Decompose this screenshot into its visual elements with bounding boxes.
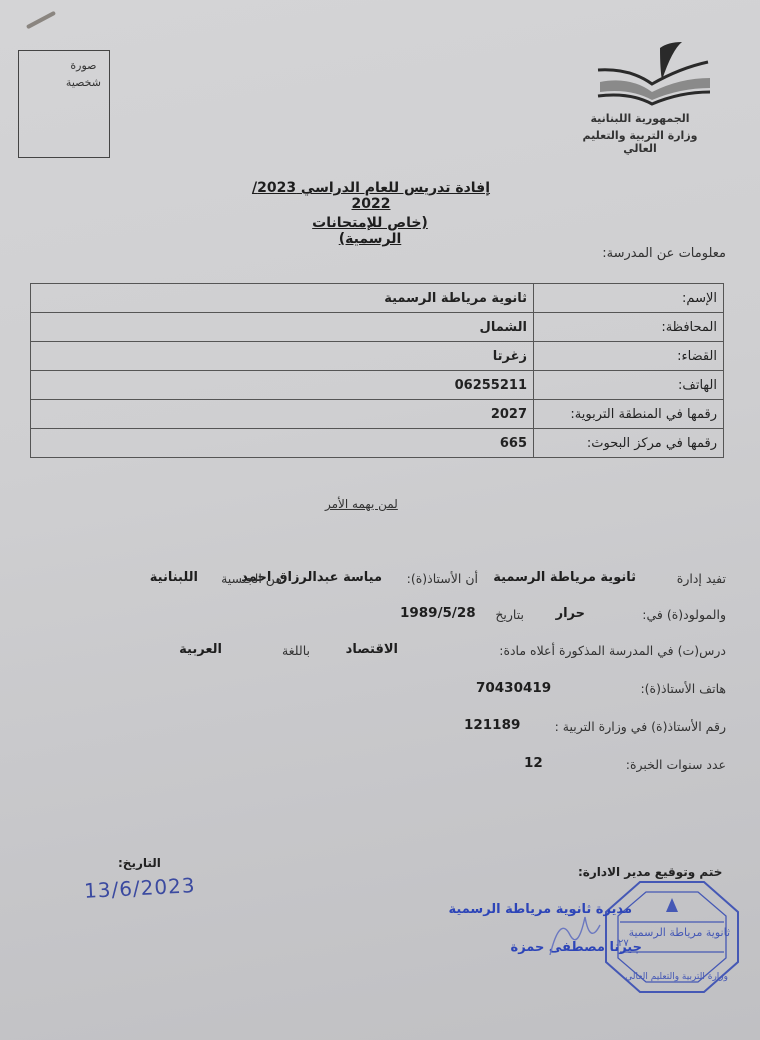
stmt-experience: 12 bbox=[524, 755, 543, 771]
logo-republic-text: الجمهورية اللبنانية bbox=[565, 112, 715, 125]
row-value: زغرتا bbox=[31, 342, 534, 371]
pen-mark bbox=[26, 11, 56, 30]
table-row: رقمها في المنطقة التربوية: 2027 bbox=[31, 400, 724, 429]
photo-label-line2: شخصية bbox=[66, 74, 101, 91]
open-book-icon bbox=[590, 40, 715, 110]
row-label: الإسم: bbox=[534, 284, 724, 313]
school-info-table: الإسم: ثانوية مرياطة الرسمية المحافظة: ا… bbox=[30, 283, 724, 458]
photo-label: صورة شخصية bbox=[66, 57, 101, 91]
signature-scribble bbox=[540, 905, 610, 965]
date-label: التاريخ: bbox=[118, 856, 161, 870]
signature-label: ختم وتوقيع مدير الادارة: bbox=[578, 865, 722, 879]
table-row: رقمها في مركز البحوث: 665 bbox=[31, 429, 724, 458]
row-value: 06255211 bbox=[31, 371, 534, 400]
seal-ring-text: وزارة التربية والتعليم العالي bbox=[625, 972, 728, 982]
stmt-birth-date: 1989/5/28 bbox=[400, 605, 476, 621]
stmt-school-name: ثانوية مرياطة الرسمية bbox=[493, 570, 636, 585]
stmt-ministry-no: 121189 bbox=[464, 717, 520, 733]
row-value: الشمال bbox=[31, 313, 534, 342]
stmt-ministry-no-label: رقم الأستاذ(ة) في وزارة التربية : bbox=[555, 719, 726, 734]
row-value: 2027 bbox=[31, 400, 534, 429]
row-label: المحافظة: bbox=[534, 313, 724, 342]
document-page: صورة شخصية الجمهورية اللبنانية وزارة الت… bbox=[0, 0, 760, 1040]
stmt-language: العربية bbox=[179, 642, 222, 657]
handwritten-date: 13/6/2023 bbox=[83, 873, 196, 903]
table-row: الهاتف: 06255211 bbox=[31, 371, 724, 400]
school-info-heading: معلومات عن المدرسة: bbox=[602, 246, 726, 261]
row-label: الهاتف: bbox=[534, 371, 724, 400]
stmt-birth-place: حرار bbox=[556, 606, 585, 621]
logo-ministry-text: وزارة التربية والتعليم العالي bbox=[565, 129, 715, 155]
stmt-nationality-label: من الجنسية bbox=[221, 571, 282, 586]
stmt-nationality: اللبنانية bbox=[150, 570, 198, 585]
table-row: القضاء: زغرتا bbox=[31, 342, 724, 371]
stmt-taught-label: درس(ت) في المدرسة المذكورة أعلاه مادة: bbox=[499, 643, 726, 658]
stmt-subject: الاقتصاد bbox=[346, 642, 398, 657]
row-value: 665 bbox=[31, 429, 534, 458]
seal-school-text: ثانوية مرياطة الرسمية bbox=[629, 926, 730, 939]
stmt-teacher-label: أن الأستاذ(ة): bbox=[407, 571, 478, 586]
stmt-language-label: باللغة bbox=[282, 643, 310, 658]
stmt-prefix: تفيد إدارة bbox=[677, 571, 726, 586]
ministry-logo: الجمهورية اللبنانية وزارة التربية والتعل… bbox=[585, 40, 715, 150]
stmt-experience-label: عدد سنوات الخبرة: bbox=[626, 757, 726, 772]
row-label: القضاء: bbox=[534, 342, 724, 371]
row-label: رقمها في مركز البحوث: bbox=[534, 429, 724, 458]
photo-label-line1: صورة bbox=[66, 57, 101, 74]
stmt-born-label: والمولود(ة) في: bbox=[642, 607, 726, 622]
document-subtitle: (خاص للإمتحانات الرسمية) bbox=[285, 215, 455, 247]
stmt-phone-label: هاتف الأستاذ(ة): bbox=[640, 681, 726, 696]
table-row: المحافظة: الشمال bbox=[31, 313, 724, 342]
document-title: إفادة تدريس للعام الدراسي 2023/ 2022 bbox=[240, 180, 502, 212]
row-value: ثانوية مرياطة الرسمية bbox=[31, 284, 534, 313]
to-whom-heading: لمن يهمه الأمر bbox=[325, 497, 398, 511]
table-row: الإسم: ثانوية مرياطة الرسمية bbox=[31, 284, 724, 313]
official-stamp: ثانوية مرياطة الرسمية وزارة التربية والت… bbox=[600, 878, 742, 996]
personal-photo-box: صورة شخصية bbox=[18, 50, 110, 158]
stmt-date-label: بتاريخ bbox=[495, 607, 524, 622]
stmt-phone: 70430419 bbox=[476, 680, 551, 696]
row-label: رقمها في المنطقة التربوية: bbox=[534, 400, 724, 429]
